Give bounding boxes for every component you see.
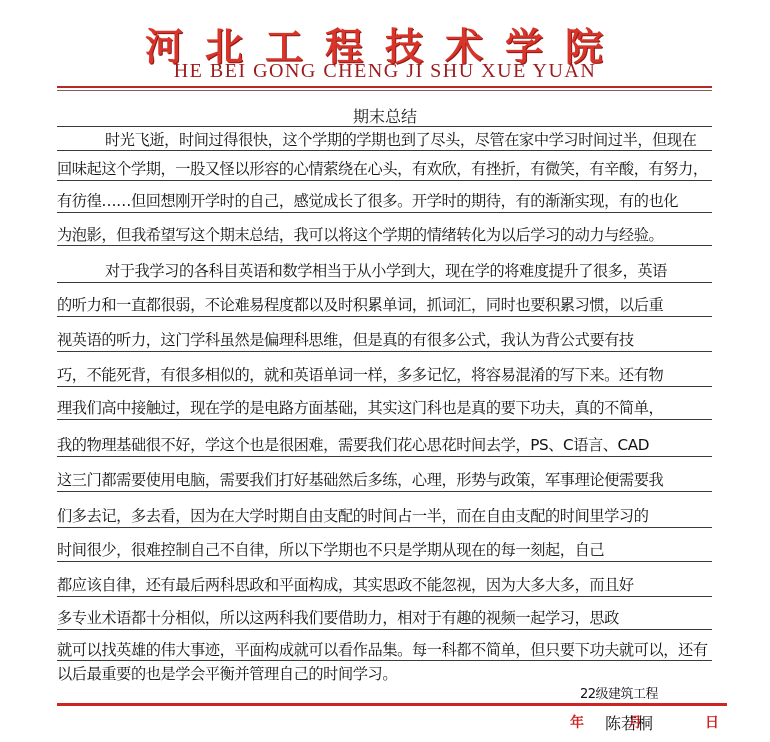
text-line: 们多去记，多去看，因为在大学时期自由支配的时间占一半，而在自由支配的时间里学习的	[57, 506, 712, 526]
ruled-line	[57, 351, 712, 352]
ruled-line	[57, 660, 712, 661]
signature-class: 22级建筑工程	[580, 683, 658, 702]
text-line: 对于我学习的各科目英语和数学相当于从小学到大，现在学的将难度提升了很多，英语	[57, 261, 712, 281]
signature-divider	[57, 703, 727, 706]
school-name-pinyin: HE BEI GONG CHENG JI SHU XUE YUAN	[0, 60, 770, 83]
header-divider-thin	[57, 90, 712, 91]
text-line: 就可以找英雄的伟大事迹，平面构成就可以看作品集。每一科都不简单，但只要下功夫就可…	[57, 640, 712, 660]
text-line: 为泡影，但我希望写这个期末总结，我可以将这个学期的情绪转化为以后学习的动力与经验…	[57, 225, 712, 245]
text-line: 时间很少，很难控制自己不自律，所以下学期也不只是学期从现在的每一刻起，自己	[57, 540, 712, 560]
ruled-line	[57, 245, 712, 246]
date-day-label: 日	[705, 712, 719, 732]
ruled-line	[57, 491, 712, 492]
text-line: 时光飞逝，时间过得很快，这个学期的学期也到了尽头，尽管在家中学习时间过半，但现在	[57, 130, 712, 150]
text-line: 回味起这个学期，一股又怪以形容的心情萦绕在心头，有欢欣，有挫折，有微笑，有辛酸，…	[57, 159, 712, 179]
text-line: 理我们高中接触过，现在学的是电路方面基础，其实这门科也是真的要下功夫，真的不简单…	[57, 398, 712, 418]
document-title: 期末总结	[0, 104, 770, 127]
text-line: 以后最重要的也是学会平衡并管理自己的时间学习。	[57, 664, 712, 684]
text-line: 巧，不能死背，有很多相似的，就和英语单词一样，多多记忆，将容易混淆的写下来。还有…	[57, 365, 712, 385]
ruled-line	[57, 126, 712, 127]
header-divider	[57, 86, 712, 88]
ruled-line	[57, 180, 712, 181]
ruled-line	[57, 316, 712, 317]
text-line: 都应该自律，还有最后两科思政和平面构成，其实思政不能忽视，因为大多大多，而且好	[57, 575, 712, 595]
ruled-line	[57, 386, 712, 387]
ruled-line	[57, 561, 712, 562]
date-year-label: 年	[570, 712, 584, 732]
text-line: 有彷徨……但回想刚开学时的自己，感觉成长了很多。开学时的期待，有的渐渐实现，有的…	[57, 191, 712, 211]
ruled-line	[57, 150, 712, 151]
ruled-line	[57, 419, 712, 420]
text-line: 的听力和一直都很弱，不论难易程度都以及时积累单词，抓词汇，同时也要积累习惯，以后…	[57, 295, 712, 315]
signature-name: 陈若桐	[605, 711, 653, 734]
ruled-line	[57, 282, 712, 283]
text-line: 这三门都需要使用电脑，需要我们打好基础然后多练，心理，形势与政策，军事理论便需要…	[57, 470, 712, 490]
ruled-line	[57, 527, 712, 528]
ruled-line	[57, 596, 712, 597]
ruled-line	[57, 212, 712, 213]
text-line: 我的物理基础很不好，学这个也是很困难，需要我们花心思花时间去学，PS、C语言、C…	[57, 435, 712, 455]
ruled-line	[57, 629, 712, 630]
ruled-line	[57, 456, 712, 457]
text-line: 多专业术语都十分相似，所以这两科我们要借助力，相对于有趣的视频一起学习，思政	[57, 608, 712, 628]
text-line: 视英语的听力，这门学科虽然是偏理科思维，但是真的有很多公式，我认为背公式要有技	[57, 330, 712, 350]
